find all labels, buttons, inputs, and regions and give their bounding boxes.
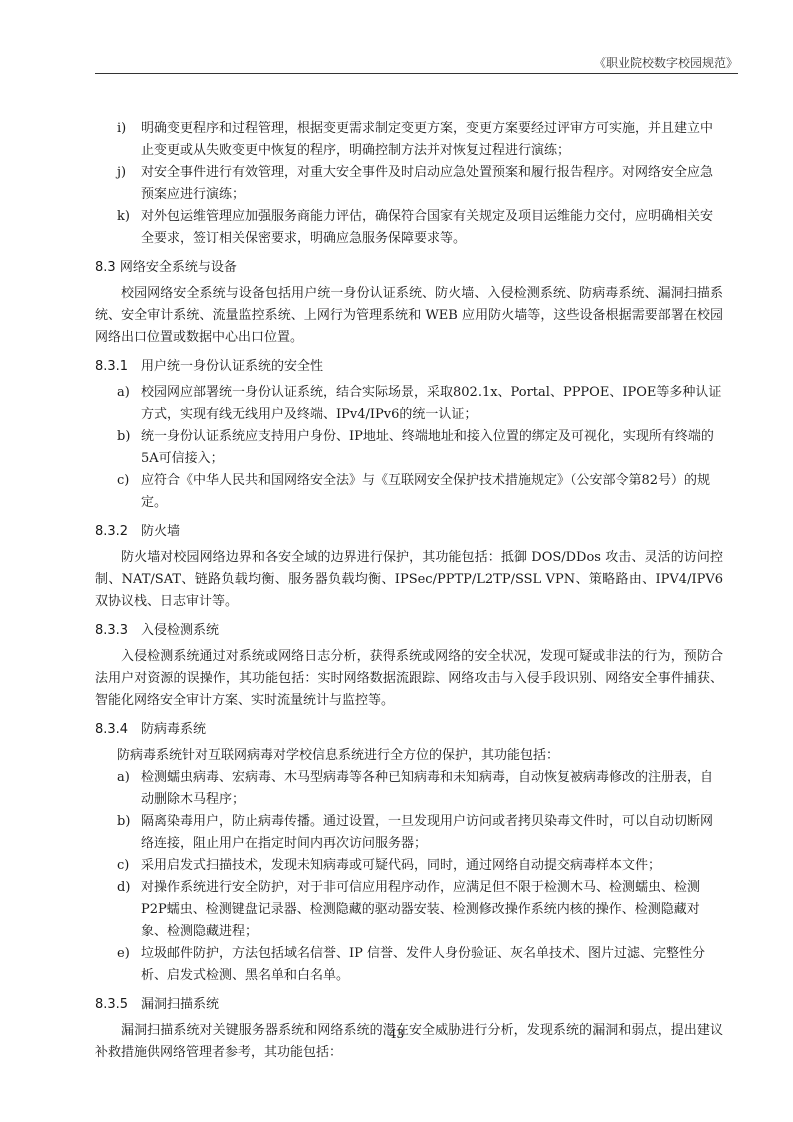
header-divider [95, 73, 738, 74]
list-marker: b) [95, 811, 141, 855]
list-marker: a) [95, 767, 141, 811]
list-marker: a) [95, 382, 141, 426]
list-text: 隔离染毒用户，防止病毒传播。通过设置，一旦发现用户访问或者拷贝染毒文件时，可以自… [141, 811, 723, 855]
list-marker: j) [95, 162, 141, 206]
page-number: 43 [0, 1027, 793, 1041]
list-item-b: b) 隔离染毒用户，防止病毒传播。通过设置，一旦发现用户访问或者拷贝染毒文件时，… [95, 811, 723, 855]
section-paragraph: 入侵检测系统通过对系统或网络日志分析，获得系统或网络的安全状况，发现可疑或非法的… [95, 646, 723, 712]
section-heading-8-3-5: 8.3.5漏洞扫描系统 [95, 995, 723, 1015]
section-title: 漏洞扫描系统 [141, 997, 219, 1012]
list-item-a: a) 校园网应部署统一身份认证系统，结合实际场景，采取802.1x、Portal… [95, 382, 723, 426]
list-marker: b) [95, 426, 141, 470]
list-item-k: k) 对外包运维管理应加强服务商能力评估，确保符合国家有关规定及项目运维能力交付… [95, 206, 723, 250]
section-number: 8.3.1 [95, 357, 141, 377]
list-marker: c) [95, 855, 141, 877]
list-item-b: b) 统一身份认证系统应支持用户身份、IP地址、终端地址和接入位置的绑定及可视化… [95, 426, 723, 470]
list-item-a: a) 检测蠕虫病毒、宏病毒、木马型病毒等各种已知病毒和未知病毒，自动恢复被病毒修… [95, 767, 723, 811]
list-marker: d) [95, 877, 141, 943]
list-text: 采用启发式扫描技术，发现未知病毒或可疑代码，同时，通过网络自动提交病毒样本文件； [141, 855, 723, 877]
list-marker: i) [95, 118, 141, 162]
list-item-j: j) 对安全事件进行有效管理，对重大安全事件及时启动应急处置预案和履行报告程序。… [95, 162, 723, 206]
section-title: 防病毒系统 [141, 722, 206, 737]
list-text: 对操作系统进行安全防护，对于非可信应用程序动作，应满足但不限于检测木马、检测蠕虫… [141, 877, 723, 943]
list-text: 对外包运维管理应加强服务商能力评估，确保符合国家有关规定及项目运维能力交付，应明… [141, 206, 723, 250]
list-marker: e) [95, 943, 141, 987]
section-number: 8.3.5 [95, 995, 141, 1015]
list-text: 垃圾邮件防护，方法包括域名信誉、IP 信誉、发件人身份验证、灰名单技术、图片过滤… [141, 943, 723, 987]
section-paragraph: 校园网络安全系统与设备包括用户统一身份认证系统、防火墙、入侵检测系统、防病毒系统… [95, 283, 723, 349]
list-text: 统一身份认证系统应支持用户身份、IP地址、终端地址和接入位置的绑定及可视化，实现… [141, 426, 723, 470]
list-item-e: e) 垃圾邮件防护，方法包括域名信誉、IP 信誉、发件人身份验证、灰名单技术、图… [95, 943, 723, 987]
section-heading-8-3-3: 8.3.3入侵检测系统 [95, 621, 723, 641]
section-paragraph: 防火墙对校园网络边界和各安全域的边界进行保护，其功能包括：抵御 DOS/DDos… [95, 547, 723, 613]
section-title: 网络安全系统与设备 [120, 260, 237, 275]
section-number: 8.3.3 [95, 621, 141, 641]
section-title: 防火墙 [141, 524, 180, 539]
list-item-c: c) 应符合《中华人民共和国网络安全法》与《互联网安全保护技术措施规定》（公安部… [95, 470, 723, 514]
list-marker: c) [95, 470, 141, 514]
list-item-c: c) 采用启发式扫描技术，发现未知病毒或可疑代码，同时，通过网络自动提交病毒样本… [95, 855, 723, 877]
section-heading-8-3-1: 8.3.1用户统一身份认证系统的安全性 [95, 357, 723, 377]
section-number: 8.3 [95, 260, 116, 275]
list-text: 明确变更程序和过程管理，根据变更需求制定变更方案，变更方案要经过评审方可实施，并… [141, 118, 723, 162]
section-title: 用户统一身份认证系统的安全性 [141, 359, 323, 374]
section-heading-8-3-4: 8.3.4防病毒系统 [95, 720, 723, 740]
list-text: 应符合《中华人民共和国网络安全法》与《互联网安全保护技术措施规定》（公安部令第8… [141, 470, 723, 514]
list-text: 校园网应部署统一身份认证系统，结合实际场景，采取802.1x、Portal、PP… [141, 382, 723, 426]
section-number: 8.3.2 [95, 522, 141, 542]
section-number: 8.3.4 [95, 720, 141, 740]
running-header: 《职业院校数字校园规范》 [95, 54, 738, 71]
list-item-i: i) 明确变更程序和过程管理，根据变更需求制定变更方案，变更方案要经过评审方可实… [95, 118, 723, 162]
list-text: 检测蠕虫病毒、宏病毒、木马型病毒等各种已知病毒和未知病毒，自动恢复被病毒修改的注… [141, 767, 723, 811]
section-title: 入侵检测系统 [141, 623, 219, 638]
list-marker: k) [95, 206, 141, 250]
list-text: 对安全事件进行有效管理，对重大安全事件及时启动应急处置预案和履行报告程序。对网络… [141, 162, 723, 206]
section-heading-8-3-2: 8.3.2防火墙 [95, 522, 723, 542]
page-body: i) 明确变更程序和过程管理，根据变更需求制定变更方案，变更方案要经过评审方可实… [95, 118, 723, 1064]
section-heading-8-3: 8.3 网络安全系统与设备 [95, 258, 723, 278]
list-item-d: d) 对操作系统进行安全防护，对于非可信应用程序动作，应满足但不限于检测木马、检… [95, 877, 723, 943]
section-lead: 防病毒系统针对互联网病毒对学校信息系统进行全方位的保护，其功能包括： [117, 745, 723, 767]
